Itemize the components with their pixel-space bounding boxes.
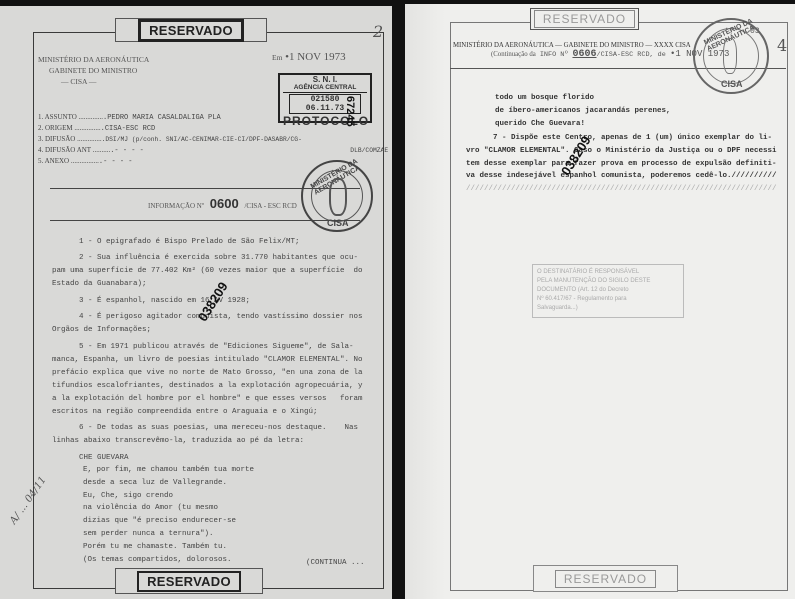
- page-mark: 4: [777, 36, 787, 55]
- paragraph-fill-line: ////////////////////////////////////////…: [466, 183, 777, 196]
- scan-border: [0, 0, 392, 6]
- wings-emblem-icon: [723, 38, 737, 74]
- confidentiality-notice: O DESTINATÁRIO É RESPONSÁVEL PELA MANUTE…: [532, 264, 684, 318]
- field-value-continued: DLB/COMZAE 4 ): [222, 147, 392, 154]
- field-prior-distribution: 4. DIFUSÃO ANT ...........- - - - DLB/CO…: [38, 145, 392, 156]
- protocol-org: S. N. I.: [283, 76, 367, 84]
- poem-line: E, por fim, me chamou também tua morte: [83, 464, 254, 477]
- info-number: 0600: [210, 196, 239, 211]
- poem: E, por fim, me chamou também tua morte d…: [83, 464, 254, 566]
- ministry-name: MINISTÉRIO DA AERONÁUTICA: [38, 54, 149, 65]
- poem-line: sem perder nunca a ternura").: [83, 528, 254, 541]
- notice-line: O DESTINATÁRIO É RESPONSÁVEL: [537, 268, 679, 277]
- ministry-header: MINISTÉRIO DA AERONÁUTICA GABINETE DO MI…: [38, 54, 149, 87]
- routing-fields: 1. ASSUNTO ...............PEDRO MARIA CA…: [38, 112, 392, 167]
- notice-line: Nº 60.417/67 - Regulamento para: [537, 295, 679, 304]
- wings-emblem-icon: [329, 178, 347, 216]
- field-label: 3. DIFUSÃO ..............: [38, 135, 102, 143]
- field-value: .PEDRO MARIA CASALDALIGA PLA: [103, 114, 221, 122]
- paragraph-5-line-5: a la explotación del hombre por el hombr…: [52, 393, 363, 406]
- field-value: .DSI/MJ (p/conh. SNI/AC-CENIMAR-CIE-CI/D…: [102, 136, 302, 143]
- paragraph-7: 7 - Dispõe este Centro, apenas de 1 (um)…: [466, 132, 777, 196]
- field-label: 5. ANEXO ................: [38, 157, 99, 165]
- paragraph-4-line-2: Orgãos de Informações;: [52, 324, 151, 337]
- notice-line: PELA MANUTENÇÃO DO SIGILO DESTE: [537, 277, 679, 286]
- notice-line: Salvaguarda...): [537, 304, 679, 313]
- paragraph-5-line-1: 5 - Em 1971 publicou através de "Edicion…: [52, 341, 354, 354]
- poem-line: Eu, Che, sigo crendo: [83, 490, 254, 503]
- continued-note: (CONTINUA ...: [306, 557, 365, 570]
- protocol-agency: AGÊNCIA CENTRAL: [283, 84, 367, 93]
- field-label: 4. DIFUSÃO ANT ..........: [38, 146, 110, 154]
- agency-name: — CISA —: [38, 76, 149, 87]
- info-label: INFO Nº: [540, 51, 569, 59]
- cabinet-name: GABINETE DO MINISTRO: [38, 65, 149, 76]
- ministry-seal: MINISTÉRIO DA AERONÁUTICA CISA: [301, 160, 373, 232]
- field-distribution: 3. DIFUSÃO ...............DSI/MJ (p/conh…: [38, 134, 392, 145]
- paragraph-5-line-6: escritos na região compreendida entre o …: [52, 406, 318, 419]
- page-mark: 2: [373, 22, 383, 41]
- poem-continued: todo um bosque florido de íbero-american…: [495, 92, 671, 130]
- info-number-line: INFORMAÇÃO Nº 0600 /CISA - ESC RCD: [148, 198, 297, 212]
- document-page-right: RESERVADO 03 4 MINISTÉRIO DA AERONÁUTICA…: [405, 0, 795, 599]
- document-page-left: RESERVADO 2 MINISTÉRIO DA AERONÁUTICA GA…: [0, 0, 392, 599]
- date-value: •1 NOV 1973: [285, 51, 345, 63]
- paragraph-5-line-2: manca, Espanha, um livro de poesias inti…: [52, 354, 363, 367]
- paragraph-5-line-3: prefácio explica que vive no norte de Ma…: [52, 367, 363, 380]
- paragraph-6-line-2: linhas abaixo transcrevêmo-la, traduzida…: [52, 435, 304, 448]
- classification-label: RESERVADO: [137, 571, 241, 592]
- field-subject: 1. ASSUNTO ...............PEDRO MARIA CA…: [38, 112, 392, 123]
- poem-line: dizias que "é preciso endurecer-se: [83, 515, 254, 528]
- classification-label: RESERVADO: [555, 570, 656, 588]
- classification-top: RESERVADO: [530, 8, 639, 30]
- paragraph-line: tem desse exemplar para fazer prova em p…: [466, 158, 777, 171]
- paragraph-1: 1 - O epigrafado é Bispo Prelado de São …: [52, 236, 300, 249]
- scan-border: [405, 0, 795, 4]
- poem-title: CHE GUEVARA: [52, 452, 129, 465]
- paragraph-5-line-4: tifundios escalofriantes, destinados a l…: [52, 380, 363, 393]
- seal-bottom-text: CISA: [327, 218, 349, 228]
- poem-line: (Os temas compartidos, dolorosos.: [83, 554, 254, 567]
- classification-label: RESERVADO: [534, 10, 635, 28]
- document-date: Em •1 NOV 1973: [272, 52, 346, 63]
- continuation-label: (Continuação da: [491, 51, 536, 58]
- paragraph-6-line-1: 6 - De todas as suas poesias, uma merece…: [52, 422, 358, 435]
- date-label: Em: [272, 53, 282, 62]
- field-label: 2. ORIGEM ...............: [38, 124, 101, 132]
- info-label: INFORMAÇÃO Nº: [148, 202, 204, 210]
- info-suffix: /CISA-ESC RCD, de: [597, 51, 666, 59]
- field-value: .- - - -: [110, 147, 144, 155]
- info-number: 0606: [572, 49, 596, 60]
- info-suffix: /CISA - ESC RCD: [244, 202, 296, 210]
- poem-line: todo um bosque florido: [495, 92, 671, 105]
- poem-line: na violência do Amor (tu mesmo: [83, 502, 254, 515]
- field-value: .- - - -: [99, 158, 133, 166]
- paragraph-2-line-1: 2 - Sua influência é exercida sobre 31.7…: [52, 252, 358, 265]
- classification-top: RESERVADO: [115, 18, 267, 42]
- field-label: 1. ASSUNTO ..............: [38, 113, 103, 121]
- notice-line: DOCUMENTO (Art. 12 do Decreto: [537, 286, 679, 295]
- paragraph-2-line-3: Estado da Guanabara);: [52, 278, 147, 291]
- classification-label: RESERVADO: [138, 19, 244, 42]
- poem-line: desde a seca luz de Vallegrande.: [83, 477, 254, 490]
- field-value: .CISA-ESC RCD: [101, 125, 156, 133]
- paragraph-line: va desse indesejável espanhol comunista,…: [466, 170, 777, 183]
- classification-bottom: RESERVADO: [533, 565, 678, 592]
- poem-line: querido Che Guevara!: [495, 118, 671, 131]
- paragraph-2-line-2: pam uma superfície de 77.402 Km² (60 vez…: [52, 265, 363, 278]
- paragraph-line: 7 - Dispõe este Centro, apenas de 1 (um)…: [466, 132, 777, 145]
- poem-line: Porém tu me chamaste. Também tu.: [83, 541, 254, 554]
- classification-bottom: RESERVADO: [115, 568, 263, 594]
- field-origin: 2. ORIGEM ................CISA-ESC RCD: [38, 123, 392, 134]
- paragraph-line: vro "CLAMOR ELEMENTAL". Caso o Ministéri…: [466, 145, 777, 158]
- poem-line: de íbero-americanos jacarandás perenes,: [495, 105, 671, 118]
- seal-bottom-text: CISA: [721, 79, 743, 89]
- ministry-seal: MINISTÉRIO DA AERONÁUTICA CISA: [693, 18, 769, 94]
